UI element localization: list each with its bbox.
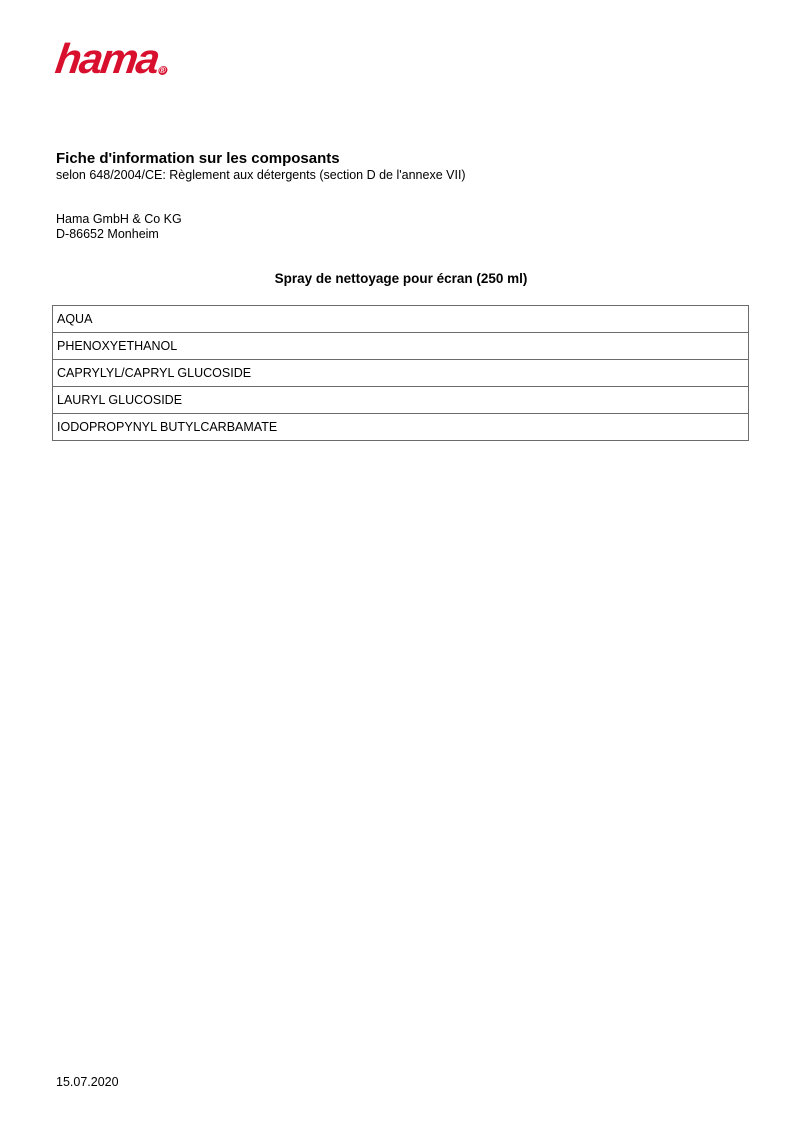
hama-logo: hama®	[53, 38, 172, 80]
table-row: CAPRYLYL/CAPRYL GLUCOSIDE	[53, 360, 749, 387]
table-row: IODOPROPYNYL BUTYLCARBAMATE	[53, 414, 749, 441]
table-row: LAURYL GLUCOSIDE	[53, 387, 749, 414]
logo-text: hama	[53, 35, 161, 82]
document-date: 15.07.2020	[56, 1075, 119, 1089]
registered-mark-icon: ®	[157, 66, 167, 75]
ingredient-cell: PHENOXYETHANOL	[53, 333, 749, 360]
ingredients-table: AQUA PHENOXYETHANOL CAPRYLYL/CAPRYL GLUC…	[52, 305, 749, 441]
ingredient-cell: AQUA	[53, 306, 749, 333]
company-name: Hama GmbH & Co KG	[56, 212, 182, 227]
ingredient-cell: IODOPROPYNYL BUTYLCARBAMATE	[53, 414, 749, 441]
table-row: AQUA	[53, 306, 749, 333]
ingredient-cell: LAURYL GLUCOSIDE	[53, 387, 749, 414]
table-row: PHENOXYETHANOL	[53, 333, 749, 360]
document-title: Fiche d'information sur les composants	[56, 150, 340, 167]
company-address: Hama GmbH & Co KG D-86652 Monheim	[56, 212, 182, 242]
company-location: D-86652 Monheim	[56, 227, 182, 242]
product-name: Spray de nettoyage pour écran (250 ml)	[0, 271, 802, 286]
ingredient-cell: CAPRYLYL/CAPRYL GLUCOSIDE	[53, 360, 749, 387]
document-subtitle: selon 648/2004/CE: Règlement aux déterge…	[56, 168, 466, 182]
